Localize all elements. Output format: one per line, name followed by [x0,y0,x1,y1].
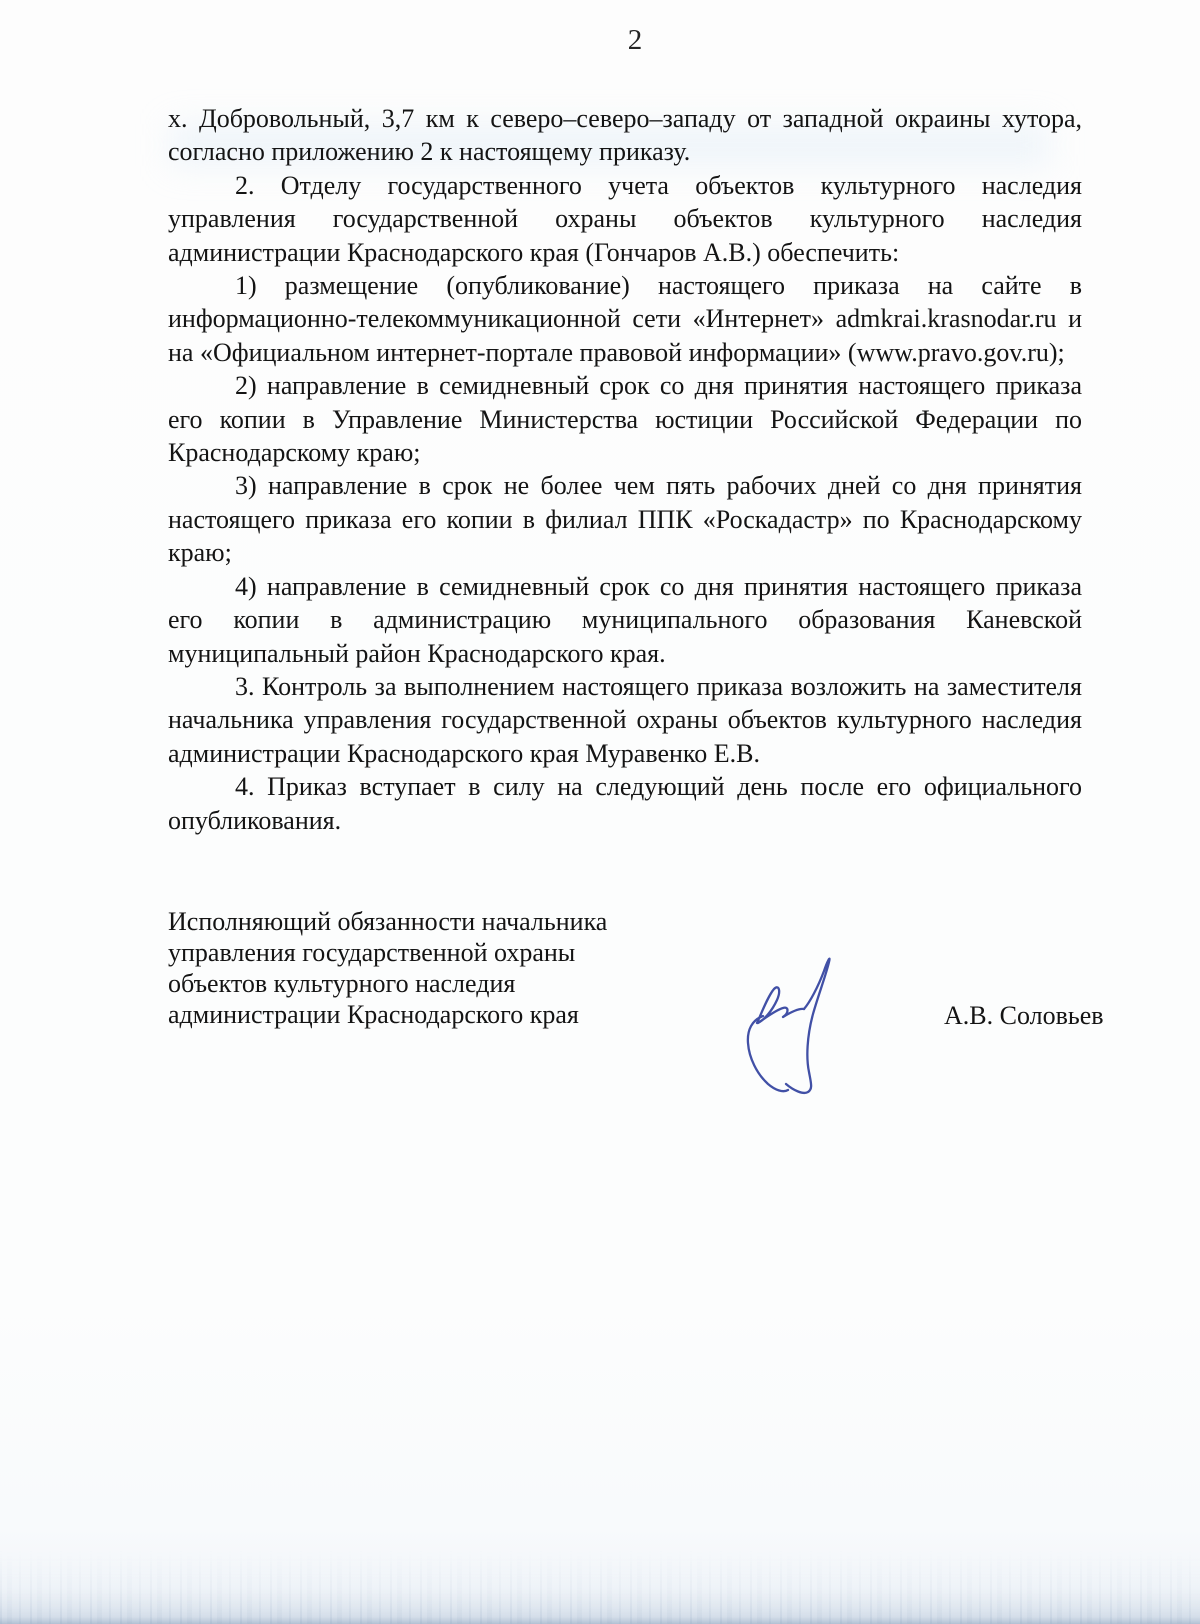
page-number: 2 [0,24,1200,57]
paragraph: х. Добровольный, 3,7 км к северо–северо–… [168,102,1082,169]
paragraph: 2) направление в семидневный срок со дня… [168,369,1082,469]
signature-title-line: администрации Краснодарского края [168,999,768,1030]
paragraph: 2. Отделу государственного учета объекто… [168,169,1082,269]
paragraph: 1) размещение (опубликование) настоящего… [168,269,1082,369]
handwritten-signature-ink [735,948,845,1100]
signature-title-line: Исполняющий обязанности начальника [168,906,768,937]
paragraph: 3) направление в срок не более чем пять … [168,469,1082,569]
signer-name: А.В. Соловьев [944,1001,1104,1031]
document-body: х. Добровольный, 3,7 км к северо–северо–… [168,102,1082,837]
signature-title-line: управления государственной охраны [168,937,768,968]
paragraph: 4. Приказ вступает в силу на следующий д… [168,770,1082,837]
scanned-page: 2 х. Добровольный, 3,7 км к северо–север… [0,0,1200,1624]
paragraph: 3. Контроль за выполнением настоящего пр… [168,670,1082,770]
signature-title: Исполняющий обязанности начальникауправл… [168,906,768,1030]
signature-title-line: объектов культурного наследия [168,968,768,999]
scan-bottom-edge-artifact [0,1550,1200,1624]
paragraph: 4) направление в семидневный срок со дня… [168,570,1082,670]
